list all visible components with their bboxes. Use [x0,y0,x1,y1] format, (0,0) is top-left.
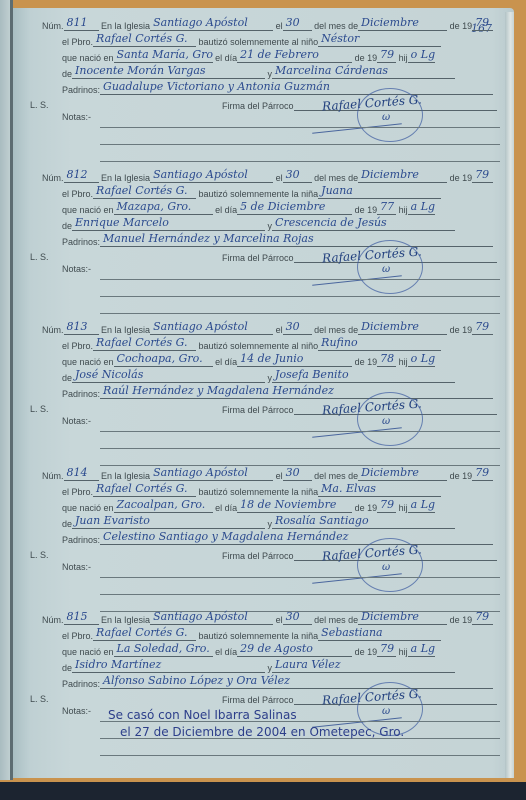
label-godparents: Padrinos: [62,389,100,399]
locus-sigilli: L. S. [30,550,49,560]
label-church: En la Iglesia [101,173,150,183]
record-line-1: Núm.813 En la IglesiaSantiago Apóstol el… [42,320,493,336]
label-notes: Notas:- [62,416,91,426]
rubric-mark: ω [382,264,390,275]
birth-place: Zacoalpan, Gro. [114,498,213,513]
record-line-3: que nació enLa Soledad, Gro. el día29 de… [62,642,435,658]
record-line-1: Núm.811 En la IglesiaSantiago Apóstol el… [42,16,493,32]
note-text-2: el 27 de Diciembre de 2004 en Ometepec, … [120,725,404,739]
label-el: el [276,21,283,31]
church-name: Santiago Apóstol [150,610,273,625]
label-baptized: bautizó solemnemente [199,631,290,641]
record-line-3: que nació enSanta María, Gro. el día21 d… [62,48,435,64]
priest-name: Rafael Cortés G. [93,32,196,47]
record-notes: Notas:- [62,264,91,280]
baptism-day: 30 [283,610,312,625]
birth-place: La Soledad, Gro. [114,642,213,657]
child-name: Néstor [318,32,441,47]
record-line-4: deJuan Evaristo yRosalía Santiago [62,514,455,530]
label-pbro: el Pbro. [62,631,93,641]
child-name: Sebastiana [318,626,441,641]
label-notes: Notas:- [62,562,91,572]
baptism-month: Diciembre [358,320,447,335]
label-day: el día [215,205,237,215]
label-notes: Notas:- [62,706,91,716]
record-line-5: Padrinos:Guadalupe Victoriano y Antonia … [62,80,493,96]
mother-name: Josefa Benito [272,368,455,383]
label-born-in: que nació en [62,205,114,215]
label-notes: Notas:- [62,264,91,274]
record-line-2: el Pbro.Rafael Cortés G. bautizó solemne… [62,626,441,642]
label-day: el día [215,357,237,367]
record-number: 815 [64,610,99,625]
label-baptized: bautizó solemnemente [199,341,290,351]
label-de: de [62,221,72,231]
church-name: Santiago Apóstol [150,168,273,183]
notes-line-3 [100,161,500,162]
record-line-4: deIsidro Martínez yLaura Vélez [62,658,455,674]
baptism-month: Diciembre [358,168,447,183]
child-name: Ma. Elvas [318,482,441,497]
notes-line-2 [100,594,500,595]
priest-name: Rafael Cortés G. [93,482,196,497]
record-notes: Notas:- [62,562,91,578]
record-line-3: que nació enCochoapa, Gro. el día14 de J… [62,352,435,368]
dark-border [0,782,526,800]
label-godparents: Padrinos: [62,85,100,95]
label-year: de 19 [450,173,473,183]
child-gender: al niño [292,341,319,351]
godparents: Manuel Hernández y Marcelina Rojas [100,232,493,247]
locus-sigilli: L. S. [30,100,49,110]
locus-sigilli: L. S. [30,694,49,704]
book-spine [10,0,13,780]
label-birth-year: de 19 [355,647,378,657]
baptism-year: 79 [472,466,493,481]
record-line-2: el Pbro.Rafael Cortés G. bautizó solemne… [62,336,441,352]
baptism-month: Diciembre [358,16,447,31]
label-pbro: el Pbro. [62,189,93,199]
label-year: de 19 [450,325,473,335]
legitimacy: o Lg. [408,48,435,63]
rubric-mark: ω [382,416,390,427]
birth-place: Santa María, Gro. [114,48,213,63]
mother-name: Rosalía Santiago [272,514,455,529]
label-signature: Firma del Párroco [222,551,294,561]
record-line-2: el Pbro.Rafael Cortés G. bautizó solemne… [62,184,441,200]
mother-name: Laura Vélez [272,658,455,673]
birth-place: Mazapa, Gro. [114,200,213,215]
baptism-day: 30 [283,466,312,481]
record-number: 814 [64,466,99,481]
priest-name: Rafael Cortés G. [93,184,196,199]
baptism-day: 30 [283,16,312,31]
label-baptized: bautizó solemnemente [199,487,290,497]
label-born-in: que nació en [62,357,114,367]
label-godparents: Padrinos: [62,679,100,689]
label-godparents: Padrinos: [62,237,100,247]
label-year: de 19 [450,21,473,31]
record-notes: Notas:- [62,416,91,432]
label-el: el [276,173,283,183]
record-number: 813 [64,320,99,335]
priest-name: Rafael Cortés G. [93,626,196,641]
rubric-mark: ω [382,706,390,717]
record-line-5: Padrinos:Celestino Santiago y Magdalena … [62,530,493,546]
label-church: En la Iglesia [101,615,150,625]
label-signature: Firma del Párroco [222,253,294,263]
birth-place: Cochoapa, Gro. [114,352,213,367]
father-name: Enrique Marcelo [72,216,265,231]
father-name: Inocente Morán Vargas [72,64,265,79]
baptism-year: 79 [472,320,493,335]
birth-date: 29 de Agosto [237,642,352,657]
baptism-day: 30 [283,320,312,335]
legitimacy: a Lg. [408,642,435,657]
record-line-2: el Pbro.Rafael Cortés G. bautizó solemne… [62,482,441,498]
rubric-mark: ω [382,562,390,573]
locus-sigilli: L. S. [30,252,49,262]
birth-year: 79 [377,48,396,63]
notes-line-1 [100,431,500,432]
label-year: de 19 [450,615,473,625]
birth-year: 79 [377,498,396,513]
birth-date: 5 de Diciembre [237,200,352,215]
label-church: En la Iglesia [101,325,150,335]
legitimacy: o Lg. [408,352,435,367]
label-num: Núm. [42,325,64,335]
label-child-of: hij [399,647,408,657]
notes-line-1 [100,279,500,280]
label-born-in: que nació en [62,503,114,513]
priest-name: Rafael Cortés G. [93,336,196,351]
register-page: 167 Núm.811 En la IglesiaSantiago Apósto… [12,8,514,778]
baptism-month: Diciembre [358,466,447,481]
label-num: Núm. [42,615,64,625]
child-gender: la niña [292,631,319,641]
label-de: de [62,373,72,383]
child-name: Juana [318,184,441,199]
record-line-1: Núm.814 En la IglesiaSantiago Apóstol el… [42,466,493,482]
record-line-4: deEnrique Marcelo yCrescencia de Jesús [62,216,455,232]
child-gender: la niña [292,189,319,199]
label-child-of: hij [399,503,408,513]
label-child-of: hij [399,357,408,367]
record-line-5: Padrinos:Manuel Hernández y Marcelina Ro… [62,232,493,248]
label-month: del mes de [314,173,358,183]
birth-date: 21 de Febrero [237,48,352,63]
label-notes: Notas:- [62,112,91,122]
label-pbro: el Pbro. [62,341,93,351]
label-el: el [276,325,283,335]
baptism-day: 30 [283,168,312,183]
rubric-mark: ω [382,112,390,123]
label-baptized: bautizó solemnemente [199,37,290,47]
notes-line-3 [100,755,500,756]
baptism-month: Diciembre [358,610,447,625]
birth-year: 77 [377,200,396,215]
father-name: Isidro Martínez [72,658,265,673]
label-day: el día [215,53,237,63]
note-text-1: Se casó con Noel Ibarra Salinas [108,708,297,722]
label-de: de [62,663,72,673]
record-line-4: deInocente Morán Vargas yMarcelina Cárde… [62,64,455,80]
record-line-3: que nació enMazapa, Gro. el día5 de Dici… [62,200,435,216]
church-name: Santiago Apóstol [150,466,273,481]
record-notes: Notas:- [62,112,91,128]
label-birth-year: de 19 [355,357,378,367]
notes-line-2 [100,296,500,297]
notes-line-1 [100,577,500,578]
label-el: el [276,615,283,625]
label-day: el día [215,503,237,513]
label-num: Núm. [42,173,64,183]
legitimacy: a Lg. [408,498,435,513]
birth-date: 14 de Junio [237,352,352,367]
record-line-1: Núm.815 En la IglesiaSantiago Apóstol el… [42,610,493,626]
label-num: Núm. [42,21,64,31]
label-birth-year: de 19 [355,205,378,215]
locus-sigilli: L. S. [30,404,49,414]
label-el: el [276,471,283,481]
record-number: 812 [64,168,99,183]
godparents: Alfonso Sabino López y Ora Vélez [100,674,493,689]
page-stack-edge [505,12,514,778]
label-month: del mes de [314,615,358,625]
baptism-year: 79 [472,168,493,183]
label-church: En la Iglesia [101,21,150,31]
label-signature: Firma del Párroco [222,101,294,111]
label-de: de [62,69,72,79]
record-number: 811 [64,16,99,31]
church-name: Santiago Apóstol [150,320,273,335]
notes-line-3 [100,313,500,314]
label-year: de 19 [450,471,473,481]
mother-name: Crescencia de Jesús [272,216,455,231]
label-de: de [62,519,72,529]
child-name: Rufino [318,336,441,351]
baptism-year: 79 [472,16,493,31]
record-line-2: el Pbro.Rafael Cortés G. bautizó solemne… [62,32,441,48]
label-born-in: que nació en [62,647,114,657]
record-notes: Notas:- [62,706,91,722]
label-num: Núm. [42,471,64,481]
godparents: Guadalupe Victoriano y Antonia Guzmán [100,80,493,95]
label-pbro: el Pbro. [62,37,93,47]
label-child-of: hij [399,205,408,215]
mother-name: Marcelina Cárdenas [272,64,455,79]
father-name: Juan Evaristo [72,514,265,529]
label-born-in: que nació en [62,53,114,63]
record-line-4: deJosé Nicolás yJosefa Benito [62,368,455,384]
label-birth-year: de 19 [355,53,378,63]
label-church: En la Iglesia [101,471,150,481]
label-signature: Firma del Párroco [222,405,294,415]
label-baptized: bautizó solemnemente [199,189,290,199]
label-birth-year: de 19 [355,503,378,513]
notes-line-2 [100,448,500,449]
birth-year: 79 [377,642,396,657]
label-month: del mes de [314,21,358,31]
record-line-5: Padrinos:Raúl Hernández y Magdalena Hern… [62,384,493,400]
father-name: José Nicolás [72,368,265,383]
godparents: Celestino Santiago y Magdalena Hernández [100,530,493,545]
legitimacy: a Lg. [408,200,435,215]
notes-line-1 [100,127,500,128]
child-gender: la niña [292,487,319,497]
birth-date: 18 de Noviembre [237,498,352,513]
notes-line-2 [100,144,500,145]
label-month: del mes de [314,325,358,335]
record-line-1: Núm.812 En la IglesiaSantiago Apóstol el… [42,168,493,184]
record-line-5: Padrinos:Alfonso Sabino López y Ora Véle… [62,674,493,690]
child-gender: al niño [292,37,319,47]
label-signature: Firma del Párroco [222,695,294,705]
baptism-year: 79 [472,610,493,625]
label-month: del mes de [314,471,358,481]
label-pbro: el Pbro. [62,487,93,497]
label-godparents: Padrinos: [62,535,100,545]
godparents: Raúl Hernández y Magdalena Hernández [100,384,493,399]
label-child-of: hij [399,53,408,63]
record-line-3: que nació enZacoalpan, Gro. el día18 de … [62,498,435,514]
church-name: Santiago Apóstol [150,16,273,31]
birth-year: 78 [377,352,396,367]
label-day: el día [215,647,237,657]
